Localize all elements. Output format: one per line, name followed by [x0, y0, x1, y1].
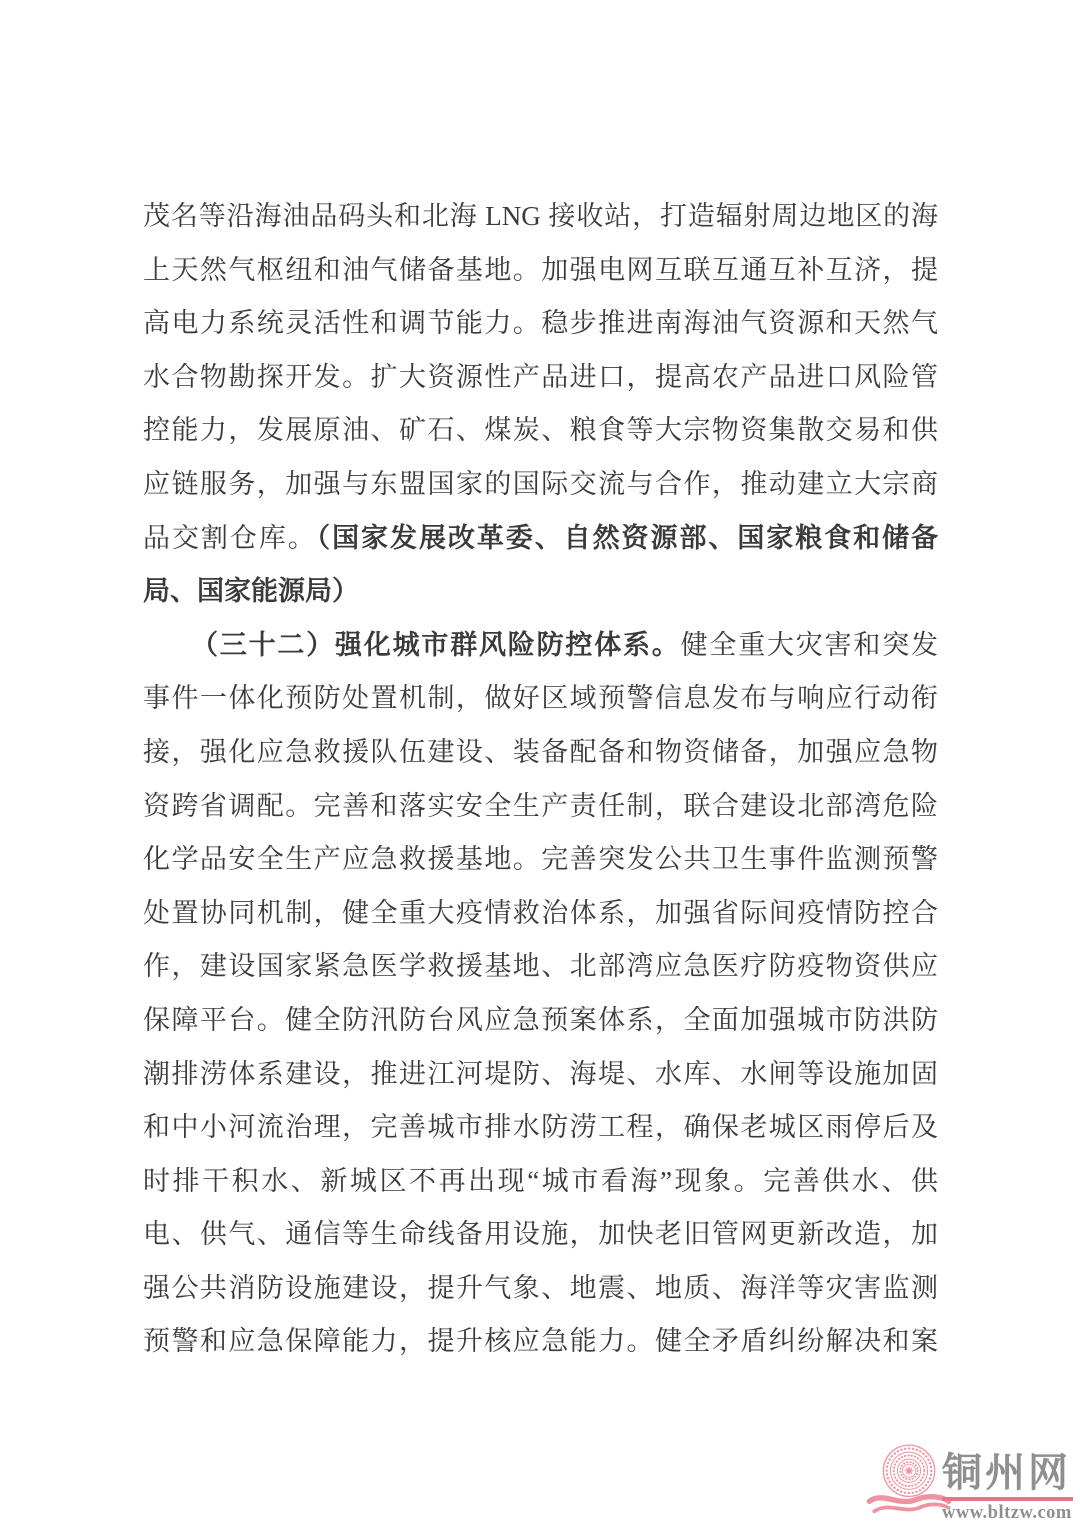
text-line: 电、供气、通信等生命线备用设施，加快老旧管网更新改造，加 — [143, 1208, 938, 1262]
watermark-site-url: www.bltzw.com — [942, 1503, 1078, 1524]
body-text-run: 应链服务，加强与东盟国家的国际交流与合作，推动建立大宗商 — [143, 469, 938, 499]
body-text-run: 处置协同机制，健全重大疫情救治体系，加强省际间疫情防控合 — [143, 898, 938, 928]
text-line: 强公共消防设施建设，提升气象、地震、地质、海洋等灾害监测 — [143, 1262, 938, 1316]
watermark: 铜州网 www.bltzw.com — [866, 1436, 1080, 1527]
text-line: 品交割仓库。（国家发展改革委、自然资源部、国家粮食和储备 — [143, 512, 938, 566]
text-line: 处置协同机制，健全重大疫情救治体系，加强省际间疫情防控合 — [143, 887, 938, 941]
text-line: 潮排涝体系建设，推进江河堤防、海堤、水库、水闸等设施加固 — [143, 1048, 938, 1102]
bronze-drum-icon — [866, 1436, 952, 1527]
body-text-run: 潮排涝体系建设，推进江河堤防、海堤、水库、水闸等设施加固 — [143, 1059, 938, 1089]
text-line: （三十二）强化城市群风险防控体系。健全重大灾害和突发 — [143, 619, 938, 673]
watermark-site-name: 铜州网 — [942, 1452, 1078, 1494]
text-line: 化学品安全生产应急救援基地。完善突发公共卫生事件监测预警 — [143, 833, 938, 887]
body-text-run: 上天然气枢纽和油气储备基地。加强电网互联互通互补互济，提 — [143, 255, 938, 285]
watermark-text-column: 铜州网 www.bltzw.com — [942, 1452, 1078, 1524]
body-text-run: 事件一体化预防处置机制，做好区域预警信息发布与响应行动衔 — [143, 683, 938, 713]
text-line: 控能力，发展原油、矿石、煤炭、粮食等大宗物资集散交易和供 — [143, 404, 938, 458]
body-text-run: 作，建设国家紧急医学救援基地、北部湾应急医疗防疫物资供应 — [143, 951, 938, 981]
document-page: 茂名等沿海油品码头和北海 LNG 接收站，打造辐射周边地区的海上天然气枢纽和油气… — [0, 0, 1080, 1527]
body-text-run: 高电力系统灵活性和调节能力。稳步推进南海油气资源和天然气 — [143, 308, 938, 338]
body-text-run: 强公共消防设施建设，提升气象、地震、地质、海洋等灾害监测 — [143, 1273, 938, 1303]
text-line: 应链服务，加强与东盟国家的国际交流与合作，推动建立大宗商 — [143, 458, 938, 512]
body-text-run: 资跨省调配。完善和落实安全生产责任制，联合建设北部湾危险 — [143, 791, 938, 821]
text-line: 保障平台。健全防汛防台风应急预案体系，全面加强城市防洪防 — [143, 994, 938, 1048]
text-line: 和中小河流治理，完善城市排水防涝工程，确保老城区雨停后及 — [143, 1101, 938, 1155]
text-line: 预警和应急保障能力，提升核应急能力。健全矛盾纠纷解决和案 — [143, 1315, 938, 1369]
body-text-run: 保障平台。健全防汛防台风应急预案体系，全面加强城市防洪防 — [143, 1005, 938, 1035]
bold-text-run: （国家发展改革委、自然资源部、国家粮食和储备 — [317, 523, 938, 553]
text-line: 事件一体化预防处置机制，做好区域预警信息发布与响应行动衔 — [143, 672, 938, 726]
body-text-run: 健全重大灾害和突发 — [681, 630, 938, 660]
text-line: 时排干积水、新城区不再出现“城市看海”现象。完善供水、供 — [143, 1155, 938, 1209]
body-text-run: 控能力，发展原油、矿石、煤炭、粮食等大宗物资集散交易和供 — [143, 415, 938, 445]
body-text-run: 预警和应急保障能力，提升核应急能力。健全矛盾纠纷解决和案 — [143, 1326, 938, 1356]
text-line: 茂名等沿海油品码头和北海 LNG 接收站，打造辐射周边地区的海 — [143, 190, 938, 244]
text-line: 上天然气枢纽和油气储备基地。加强电网互联互通互补互济，提 — [143, 244, 938, 298]
text-line: 资跨省调配。完善和落实安全生产责任制，联合建设北部湾危险 — [143, 780, 938, 834]
document-text-block: 茂名等沿海油品码头和北海 LNG 接收站，打造辐射周边地区的海上天然气枢纽和油气… — [143, 190, 938, 1369]
watermark-underline — [942, 1497, 1073, 1501]
text-line: 作，建设国家紧急医学救援基地、北部湾应急医疗防疫物资供应 — [143, 940, 938, 994]
body-text-run: 品交割仓库。 — [143, 523, 317, 553]
text-line: 局、国家能源局） — [143, 565, 938, 619]
body-text-run: 电、供气、通信等生命线备用设施，加快老旧管网更新改造，加 — [143, 1219, 938, 1249]
text-line: 接，强化应急救援队伍建设、装备配备和物资储备，加强应急物 — [143, 726, 938, 780]
body-text-run: 和中小河流治理，完善城市排水防涝工程，确保老城区雨停后及 — [143, 1112, 938, 1142]
text-line: 水合物勘探开发。扩大资源性产品进口，提高农产品进口风险管 — [143, 351, 938, 405]
body-text-run: 茂名等沿海油品码头和北海 LNG 接收站，打造辐射周边地区的海 — [143, 201, 938, 231]
body-text-run: 水合物勘探开发。扩大资源性产品进口，提高农产品进口风险管 — [143, 362, 938, 392]
bold-text-run: （三十二）强化城市群风险防控体系。 — [191, 630, 681, 660]
body-text-run: 化学品安全生产应急救援基地。完善突发公共卫生事件监测预警 — [143, 844, 938, 874]
text-line: 高电力系统灵活性和调节能力。稳步推进南海油气资源和天然气 — [143, 297, 938, 351]
body-text-run: 时排干积水、新城区不再出现“城市看海”现象。完善供水、供 — [143, 1166, 938, 1196]
bold-text-run: 局、国家能源局） — [143, 576, 359, 606]
body-text-run: 接，强化应急救援队伍建设、装备配备和物资储备，加强应急物 — [143, 737, 938, 767]
